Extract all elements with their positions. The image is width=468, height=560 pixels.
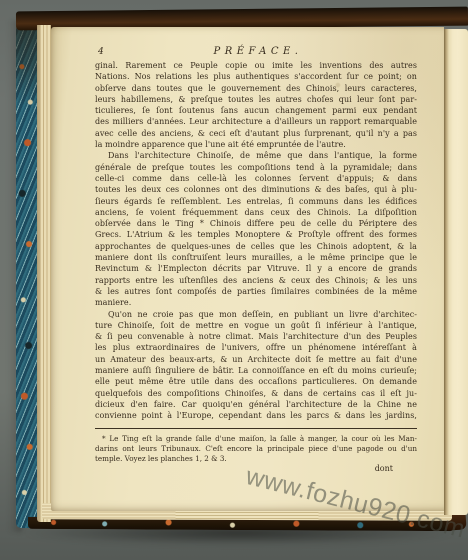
body-line: obſervée dans le Ting * Chinois differe … xyxy=(95,218,417,229)
body-line: approchantes de quelques-unes de celles … xyxy=(95,241,417,252)
body-line: obſerve dans toutes que le gouvernement … xyxy=(95,83,417,94)
body-line: anciens, ſe voient fréquemment dans ceux… xyxy=(95,207,417,218)
body-line: Dans l'architecture Chinoiſe, de même qu… xyxy=(95,150,417,161)
footnote-line: temple. Voyez les planches 1, 2 & 3. xyxy=(95,454,417,464)
footnote: * Le Ting eſt la grande ſalle d'une maiſ… xyxy=(95,434,417,464)
page-body-text: ginal. Rarement ce Peuple copie ou imite… xyxy=(95,60,417,422)
book-page: 4 PRÉFACE. ginal. Rarement ce Peuple cop… xyxy=(51,27,444,511)
body-line: ginal. Rarement ce Peuple copie ou imite… xyxy=(95,60,417,71)
page-title: PRÉFACE. xyxy=(95,44,417,59)
marbled-cover-edge-left xyxy=(16,21,37,528)
body-line: les plus extraordinaires de l'univers, o… xyxy=(95,342,417,353)
body-line: Qu'on ne croie pas que mon deſſein, en p… xyxy=(95,309,417,320)
body-line: Revinctum & l'Emplecton décrits par Vitr… xyxy=(95,263,417,274)
body-line: & les autres ſont compoſés de parties ſi… xyxy=(95,286,417,297)
footnote-line: * Le Ting eſt la grande ſalle d'une maiſ… xyxy=(95,434,417,444)
body-line: ſieurs égards ſe reſſemblent. Les entrel… xyxy=(95,196,417,207)
body-line: convienne point à l'Europe, cependant da… xyxy=(95,410,417,421)
body-line: générale de preſque toutes les compoſiti… xyxy=(95,162,417,173)
body-line: Grecs. L'Atrium & les temples Monoptere … xyxy=(95,229,417,240)
body-line: leurs habillemens, & preſque toutes les … xyxy=(95,94,417,105)
page-number: 4 xyxy=(98,47,104,57)
body-line: maniere dont ils conſtruiſent leurs mura… xyxy=(95,252,417,263)
body-line: dicieux d'en faire. Car quoiqu'en généra… xyxy=(95,399,417,410)
body-line: des milliers d'années. Leur architecture… xyxy=(95,116,417,127)
body-line: toutes les deux ces colonnes ont des dim… xyxy=(95,184,417,195)
body-line: & ſi peu convenable à notre climat. Mais… xyxy=(95,331,417,342)
running-header: 4 PRÉFACE. xyxy=(95,44,417,59)
book-scan-photo: 4 PRÉFACE. ginal. Rarement ce Peuple cop… xyxy=(0,0,468,560)
body-line: la moindre apparence que l'une ait été e… xyxy=(95,139,417,150)
page-stack-fore-edge xyxy=(37,25,51,522)
body-line: ticulieres, ſe ſont ſoutenus ſans aucun … xyxy=(95,105,417,116)
body-line: quelquefois des compoſitions Chinoiſes, … xyxy=(95,388,417,399)
body-line: elle peut même être utile dans des occaſ… xyxy=(95,376,417,387)
footnote-rule xyxy=(95,428,417,429)
body-line: ture Chinoiſe, ſoit de mettre en vogue u… xyxy=(95,320,417,331)
facing-page-gutter xyxy=(444,29,468,515)
body-line: celle-ci comme dans celle-là les colonne… xyxy=(95,173,417,184)
body-line: Nations. Nos relations les plus authenti… xyxy=(95,71,417,82)
printed-area: 4 PRÉFACE. ginal. Rarement ce Peuple cop… xyxy=(95,44,417,474)
body-line: avec celle des anciens, & ceci eſt d'aut… xyxy=(95,128,417,139)
body-line: maniere. xyxy=(95,297,417,308)
footnote-line: darins ont leurs Tribunaux. C'eſt encore… xyxy=(95,444,417,454)
body-line: maniere auſſi ſinguliere de bâtir. La co… xyxy=(95,365,417,376)
body-line: rapports entre les uſtenſiles des ancien… xyxy=(95,275,417,286)
body-line: un Amateur des beaux-arts, & un Architec… xyxy=(95,354,417,365)
